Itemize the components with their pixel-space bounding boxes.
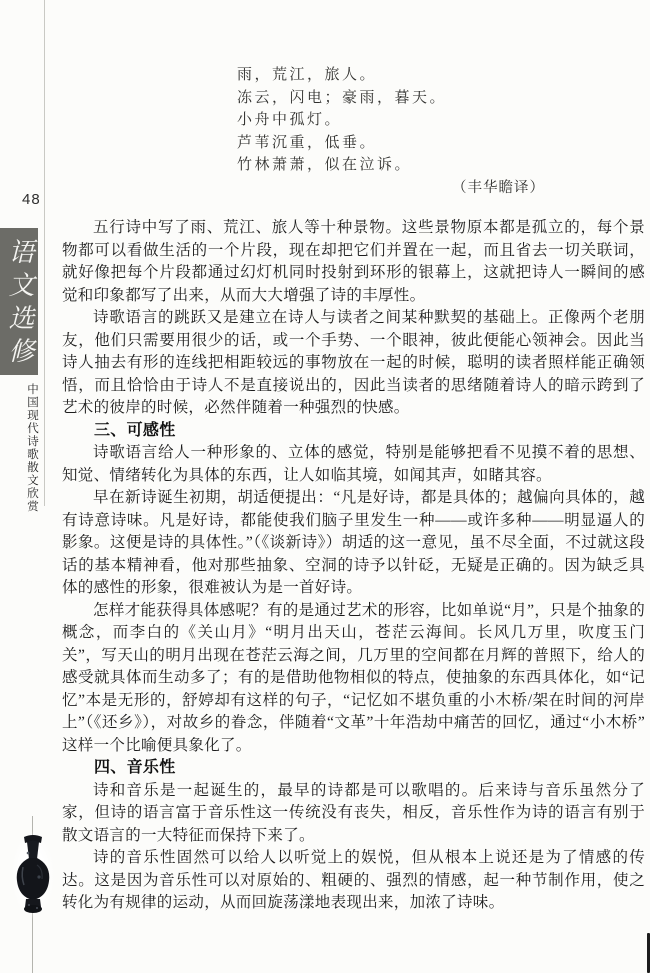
body-text: 五行诗中写了雨、荒江、旅人等十种景物。这些景物原本都是孤立的，每个景物都可以看做…	[62, 217, 645, 915]
poem-line: 小舟中孤灯。	[237, 109, 645, 132]
porcelain-vase-icon	[11, 831, 55, 919]
poem-line: 竹林萧萧，似在泣诉。	[237, 154, 645, 177]
paragraph: 诗歌语言给人一种形象的、立体的感觉，特别是能够把看不见摸不着的思想、知觉、情绪转…	[62, 442, 645, 487]
paragraph: 诗的音乐性固然可以给人以听觉上的娱悦，但从根本上说还是为了情感的传达。这是因为音…	[62, 847, 645, 915]
paragraph: 诗和音乐是一起诞生的，最早的诗都是可以歌唱的。后来诗与音乐虽然分了家，但诗的语言…	[62, 780, 645, 848]
paragraph: 诗歌语言的跳跃又是建立在诗人与读者之间某种默契的基础上。正像两个老朋友，他们只需…	[62, 307, 645, 420]
translator-credit: （丰华瞻译）	[452, 177, 645, 200]
textbook-page: 48 语文选修 中国现代诗歌散文欣赏 雨，荒江，旅人。	[0, 0, 650, 973]
margin-divider-line	[44, 0, 45, 506]
section-heading-musicality: 四、音乐性	[62, 757, 645, 780]
page-number: 48	[22, 191, 41, 208]
poem-line: 芦苇沉重，低垂。	[237, 132, 645, 155]
section-heading-tangibility: 三、可感性	[62, 420, 645, 443]
series-subtitle-vertical: 中国现代诗歌散文欣赏	[24, 383, 40, 513]
poem-line: 冻云，闪电；豪雨，暮天。	[237, 87, 645, 110]
paragraph: 早在新诗诞生初期，胡适便提出：“凡是好诗，都是具体的；越偏向具体的，越有诗意诗味…	[62, 487, 645, 600]
paragraph: 五行诗中写了雨、荒江、旅人等十种景物。这些景物原本都是孤立的，每个景物都可以看做…	[62, 217, 645, 307]
poem-excerpt: 雨，荒江，旅人。 冻云，闪电；豪雨，暮天。 小舟中孤灯。 芦苇沉重，低垂。 竹林…	[237, 64, 645, 177]
series-title-vertical: 语文选修	[0, 238, 38, 370]
series-title-block: 语文选修	[0, 228, 38, 375]
poem-line: 雨，荒江，旅人。	[237, 64, 645, 87]
paragraph: 怎样才能获得具体感呢？有的是通过艺术的形容，比如单说“月”，只是个抽象的概念，而…	[62, 600, 645, 758]
page-content: 雨，荒江，旅人。 冻云，闪电；豪雨，暮天。 小舟中孤灯。 芦苇沉重，低垂。 竹林…	[62, 64, 645, 915]
